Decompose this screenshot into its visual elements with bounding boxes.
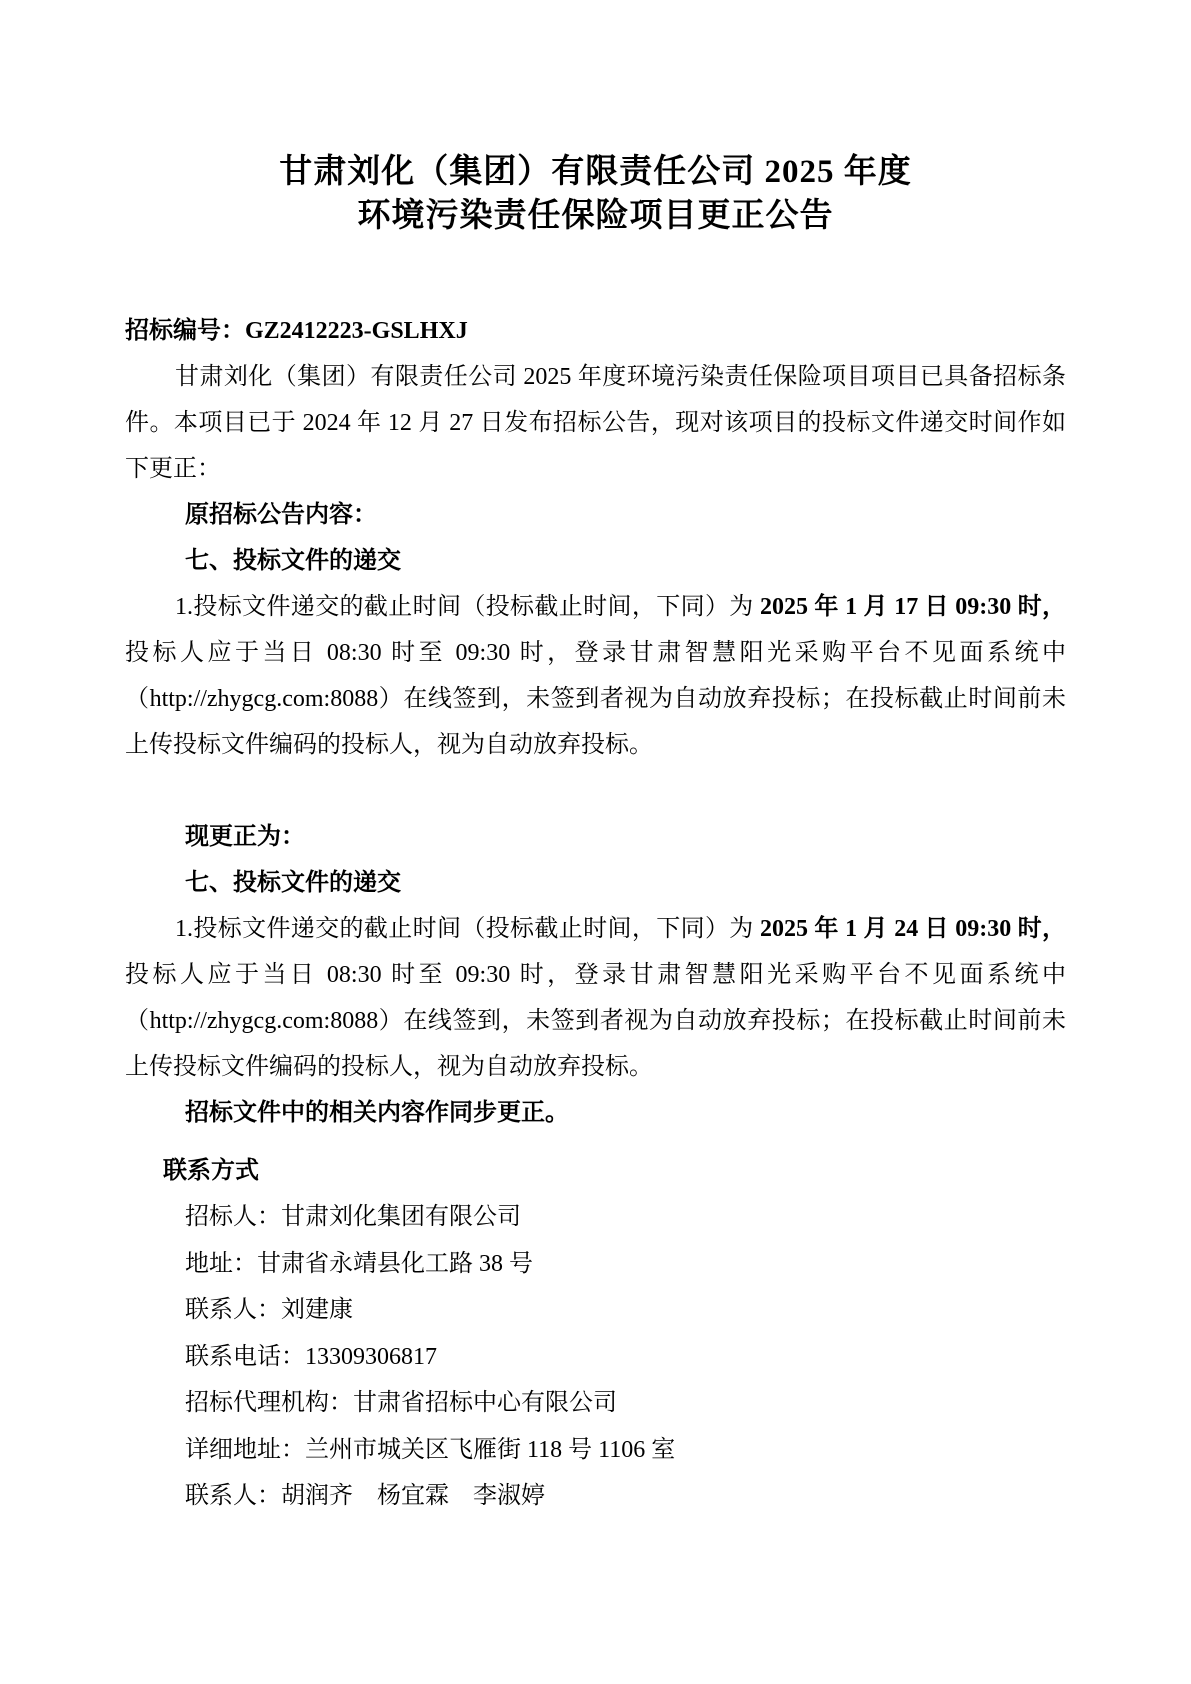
document-title-line2: 环境污染责任保险项目更正公告 xyxy=(125,194,1066,238)
original-deadline-paragraph: 1.投标文件递交的截止时间（投标截止时间，下同）为 2025 年 1 月 17 … xyxy=(125,584,1066,768)
contact-section-heading: 联系方式 xyxy=(125,1148,1066,1194)
document-page: 甘肃刘化（集团）有限责任公司 2025 年度 环境污染责任保险项目更正公告 招标… xyxy=(0,0,1191,1684)
intro-paragraph: 甘肃刘化（集团）有限责任公司 2025 年度环境污染责任保险项目项目已具备招标条… xyxy=(125,354,1066,492)
contact-person-line: 联系人：刘建康 xyxy=(125,1287,1066,1334)
corrected-heading: 现更正为： xyxy=(125,814,1066,860)
section-heading-corrected: 七、投标文件的递交 xyxy=(125,860,1066,906)
document-title-line1: 甘肃刘化（集团）有限责任公司 2025 年度 xyxy=(125,150,1066,194)
contact-agency-line: 招标代理机构：甘肃省招标中心有限公司 xyxy=(125,1380,1066,1427)
contact-phone-line: 联系电话：13309306817 xyxy=(125,1334,1066,1381)
section-heading-original: 七、投标文件的递交 xyxy=(125,538,1066,584)
corrected-deadline-paragraph: 1.投标文件递交的截止时间（投标截止时间，下同）为 2025 年 1 月 24 … xyxy=(125,906,1066,1090)
tender-number-line: 招标编号：GZ2412223-GSLHXJ xyxy=(125,308,1066,354)
sync-correction-note: 招标文件中的相关内容作同步更正。 xyxy=(125,1090,1066,1136)
contact-address-line: 地址：甘肃省永靖县化工路 38 号 xyxy=(125,1241,1066,1288)
contact-agency-persons-line: 联系人：胡润齐 杨宜霖 李淑婷 xyxy=(125,1473,1066,1520)
contact-agency-address-line: 详细地址：兰州市城关区飞雁街 118 号 1106 室 xyxy=(125,1427,1066,1474)
original-content-heading: 原招标公告内容： xyxy=(125,492,1066,538)
contact-tenderer-line: 招标人：甘肃刘化集团有限公司 xyxy=(125,1194,1066,1241)
